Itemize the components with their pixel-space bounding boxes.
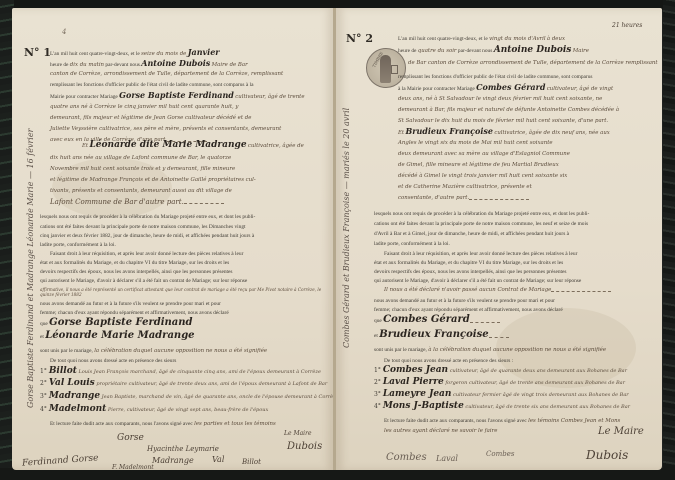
publication-line: lesquels nous ont requis de procéder à l… — [374, 211, 589, 218]
publication-line: lesquels nous ont requis de procéder à l… — [40, 214, 255, 221]
united-line: sont unis par le mariage, la célébration… — [40, 348, 267, 355]
mayor-label: Le Maire — [598, 426, 644, 437]
record-line: Juliette Veyssière cultivatrice, ses pèr… — [50, 126, 281, 133]
contract-note: Il nous a été déclaré n'avoir passé aucu… — [384, 287, 611, 294]
record-line: Mairie pour contracter Mariage Gorse Bap… — [50, 92, 305, 101]
record-line: remplissant les fonctions d'officier pub… — [50, 82, 254, 89]
signature: Billot — [242, 458, 261, 466]
record-line: deux demeurant avec sa mère au village d… — [398, 151, 570, 158]
record-line: à la Mairie pour contracter Mariage Comb… — [398, 84, 613, 93]
book-binding-right — [663, 0, 675, 480]
signature: Ferdinand Gorse — [22, 453, 99, 468]
requisition-line: qui autorisent le Mariage, d'avoir à déc… — [374, 278, 581, 285]
record-line: dix huit ans née au village de Lafont co… — [50, 155, 231, 162]
spouse-bride: et Léonarde Marie Madrange — [40, 332, 195, 341]
stamp-figure-icon — [380, 55, 391, 83]
witness-entry: 2°Val Louis propriétaire cultivateur, âg… — [40, 378, 327, 388]
act-number: N° 2 — [346, 32, 373, 45]
requisition-line: qui autorisent le Mariage, d'avoir à déc… — [40, 278, 247, 285]
requisition-line: devoirs respectifs des époux, nous les a… — [40, 269, 233, 276]
record-line: L'an mil huit cent quatre-vingt-deux, et… — [50, 49, 220, 58]
witness-entry: 3°Lameyre Jean cultivateur fermier âgé d… — [374, 389, 629, 399]
publication-line: d'Avril à Bar et à Gimel, jour de dimanc… — [374, 231, 569, 238]
record-line: Angles le vingt six du mois de Mai mil h… — [398, 140, 553, 147]
witness-intro: De tout quoi nous avons dressé acte en p… — [50, 358, 176, 365]
record-line: Lafont Commune de Bar d'autre part. — [50, 199, 224, 206]
declaration-line: nous avons demandé au futur et à la futu… — [40, 301, 221, 308]
publication-line: cations ont été faites devant la princip… — [40, 224, 246, 231]
signature: Combes — [386, 452, 427, 463]
declaration-line: nous avons demandé au futur et à la futu… — [374, 298, 555, 305]
closing-line: les autres ayant déclaré ne savoir le fa… — [384, 428, 497, 435]
united-line: sont unis par le mariage, à la célébrati… — [374, 347, 606, 354]
publication-line: ladite porte, conformément à la loi. — [40, 242, 116, 249]
signature: Hyacinthe Leymarie — [147, 445, 219, 453]
record-line: deux ans, né à St Salvadour le vingt deu… — [398, 96, 602, 103]
record-line: L'an mil huit cent quatre-vingt-deux, et… — [398, 36, 565, 43]
record-line: de Gimel, fille mineure et légitime de f… — [398, 162, 559, 169]
record-line: et légitime de Madrange François et de A… — [50, 177, 256, 184]
record-line: décédé à Gimel le vingt trois janvier mi… — [398, 173, 567, 180]
declaration-line: femme; chacun d'eux ayant répondu séparé… — [40, 310, 229, 317]
witness-entry: 4°Madelmont Pierre, cultivateur, âgé de … — [40, 404, 268, 414]
signature: Madrange — [152, 456, 194, 465]
record-line: quatre ans né à Corrèze le cinq janvier … — [50, 104, 238, 111]
witness-entry: 1°Combes Jean cultivateur, âgé de quaran… — [374, 365, 627, 375]
record-line: Et Brudieux Françoise cultivatrice, âgée… — [398, 128, 610, 137]
witness-entry: 2°Laval Pierre forgeron cultivateur, âgé… — [374, 377, 625, 387]
record-line: et de Catherine Mazière cultivatrice, pr… — [398, 184, 532, 191]
mayor-label: Le Maire — [284, 430, 312, 437]
witness-intro: De tout quoi nous avons dressé acte en p… — [384, 358, 513, 365]
page-marker: 4 — [62, 28, 66, 36]
witness-entry: 4°Mons J-Baptiste cultivateur, âgé de tr… — [374, 401, 630, 411]
record-line: heure de dix du matin par-devant nous An… — [50, 60, 248, 69]
record-line: tivants, présents et consentants, demeur… — [50, 188, 232, 195]
spouse-groom: que Combes Gérard — [374, 316, 500, 325]
spouse-bride: et Brudieux Françoise — [374, 331, 509, 340]
record-line: St Salvadour le dix huit du mois de févr… — [398, 118, 608, 125]
signature-mayor: Dubois — [287, 441, 322, 452]
record-line: Novembre mil huit cent soixante trois et… — [50, 166, 235, 173]
margin-annotation: Gorse Baptiste Ferdinand et Madrange Léo… — [26, 178, 35, 408]
signature: Val — [212, 455, 224, 464]
record-line: de Bar canton de Corrèze arrondissement … — [408, 60, 658, 67]
contract-note: affirmative, il nous a été représenté un… — [40, 287, 330, 297]
signature: Laval — [436, 454, 458, 463]
stamp-tablet-icon — [391, 65, 398, 74]
closing-line: Et lecture faite dudit acte aux comparan… — [50, 421, 276, 428]
record-line: consentante, d'autre part. — [398, 195, 529, 202]
publication-line: ladite porte, conformément à la loi. — [374, 241, 450, 248]
witness-entry: 3°Madrange Jean Baptiste, marchand de vi… — [40, 391, 339, 401]
requisition-line: Faisant droit à leur réquisition, et apr… — [384, 251, 577, 258]
signature: F. Madelmont — [112, 464, 154, 471]
witness-entry: 1°Billot Louis Jean François marchand, â… — [40, 366, 321, 376]
act-number: N° 1 — [24, 46, 51, 59]
record-line: demeurant, fils majeur et légitime de Je… — [50, 115, 251, 122]
declaration-line: femme; chacun d'eux ayant répondu séparé… — [374, 307, 563, 314]
top-right-annotation: 21 heures — [612, 22, 642, 29]
record-line: demeurant à Bar, fils majeur et naturel … — [398, 107, 619, 114]
requisition-line: état et aux formalités du Mariage, et du… — [40, 260, 229, 267]
signature: Combes — [486, 450, 514, 458]
requisition-line: état et aux formalités du Mariage, et du… — [374, 260, 563, 267]
margin-annotation: Combes Gérard et Brudieux Françoise — ma… — [342, 178, 351, 348]
requisition-line: Faisant droit à leur réquisition, et apr… — [50, 251, 243, 258]
signature: Gorse — [117, 433, 144, 443]
spouse-groom: que Gorse Baptiste Ferdinand — [40, 319, 193, 328]
record-line: heure de quatre du soir par-devant nous … — [398, 47, 589, 55]
signature-mayor: Dubois — [586, 448, 628, 462]
record-line: Et Léonarde dite Marie Madrange cultivat… — [82, 142, 304, 150]
record-line: remplissant les fonctions d'officier pub… — [398, 74, 593, 81]
right-page: N° 2 21 heures TIMBRE L'an mil huit cent… — [336, 8, 662, 470]
publication-line: cinq janvier et deux février 1882, jour … — [40, 233, 254, 240]
publication-line: cations ont été faites devant la princip… — [374, 221, 588, 228]
requisition-line: devoirs respectifs des époux, nous les a… — [374, 269, 567, 276]
record-line: canton de Corrèze, arrondissement de Tul… — [50, 71, 283, 78]
left-page: 4 N° 1 L'an mil huit cent quatre-vingt-d… — [12, 8, 334, 470]
closing-line: Et lecture faite dudit acte aux comparan… — [384, 418, 620, 425]
